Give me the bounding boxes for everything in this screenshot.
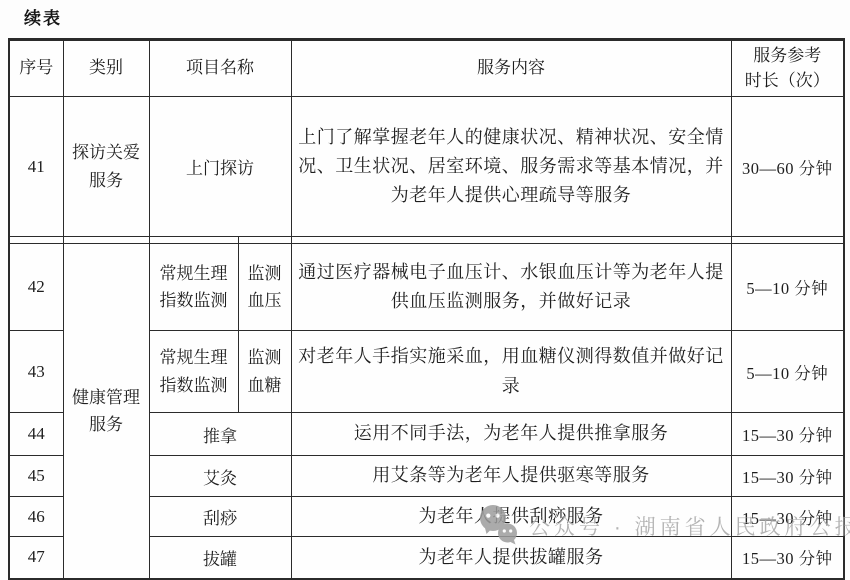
row-47-no: 47: [9, 537, 63, 579]
table-row: 41 探访关爱服务 上门探访 上门了解掌握老年人的健康状况、精神状况、安全情况、…: [9, 97, 844, 237]
category-health-management: 健康管理服务: [63, 244, 149, 579]
row-41-duration: 30—60 分钟: [731, 97, 844, 237]
continuation-label: 续表: [24, 4, 62, 29]
row-42-no: 42: [9, 244, 63, 331]
table-header-row: 序号 类别 项目名称 服务内容 服务参考 时长（次）: [9, 40, 844, 97]
row-46-duration: 15—30 分钟: [731, 497, 844, 537]
row-43-sub-project: 监测血糖: [238, 331, 291, 413]
header-project: 项目名称: [149, 40, 291, 97]
row-41-project: 上门探访: [149, 97, 291, 237]
row-41-content: 上门了解掌握老年人的健康状况、精神状况、安全情况、卫生状况、居室环境、服务需求等…: [291, 97, 731, 237]
row-42-sub-project: 监测血压: [238, 244, 291, 331]
row-41-category: 探访关爱服务: [63, 97, 149, 237]
row-46-content: 为老年人提供刮痧服务: [291, 497, 731, 537]
header-content: 服务内容: [291, 40, 731, 97]
row-45-no: 45: [9, 456, 63, 497]
row-46-no: 46: [9, 497, 63, 537]
section-divider-row: [9, 237, 844, 244]
row-45-project: 艾灸: [149, 456, 291, 497]
row-43-duration: 5—10 分钟: [731, 331, 844, 413]
header-duration-line2: 时长（次）: [732, 69, 844, 94]
row-47-duration: 15—30 分钟: [731, 537, 844, 579]
header-category: 类别: [63, 40, 149, 97]
row-45-duration: 15—30 分钟: [731, 456, 844, 497]
service-table: 序号 类别 项目名称 服务内容 服务参考 时长（次） 41 探访关爱服务 上门探…: [8, 38, 845, 580]
row-44-project: 推拿: [149, 413, 291, 456]
row-47-project: 拔罐: [149, 537, 291, 579]
header-duration-line1: 服务参考: [732, 44, 844, 69]
row-43-project: 常规生理指数监测: [149, 331, 238, 413]
table-row: 42 健康管理服务 常规生理指数监测 监测血压 通过医疗器械电子血压计、水银血压…: [9, 244, 844, 331]
row-41-no: 41: [9, 97, 63, 237]
header-no: 序号: [9, 40, 63, 97]
row-42-duration: 5—10 分钟: [731, 244, 844, 331]
row-43-content: 对老年人手指实施采血，用血糖仪测得数值并做好记录: [291, 331, 731, 413]
header-duration: 服务参考 时长（次）: [731, 40, 844, 97]
row-44-duration: 15—30 分钟: [731, 413, 844, 456]
row-44-content: 运用不同手法，为老年人提供推拿服务: [291, 413, 731, 456]
row-42-content: 通过医疗器械电子血压计、水银血压计等为老年人提供血压监测服务，并做好记录: [291, 244, 731, 331]
row-43-no: 43: [9, 331, 63, 413]
row-42-project: 常规生理指数监测: [149, 244, 238, 331]
row-45-content: 用艾条等为老年人提供驱寒等服务: [291, 456, 731, 497]
row-46-project: 刮痧: [149, 497, 291, 537]
row-44-no: 44: [9, 413, 63, 456]
row-47-content: 为老年人提供拔罐服务: [291, 537, 731, 579]
